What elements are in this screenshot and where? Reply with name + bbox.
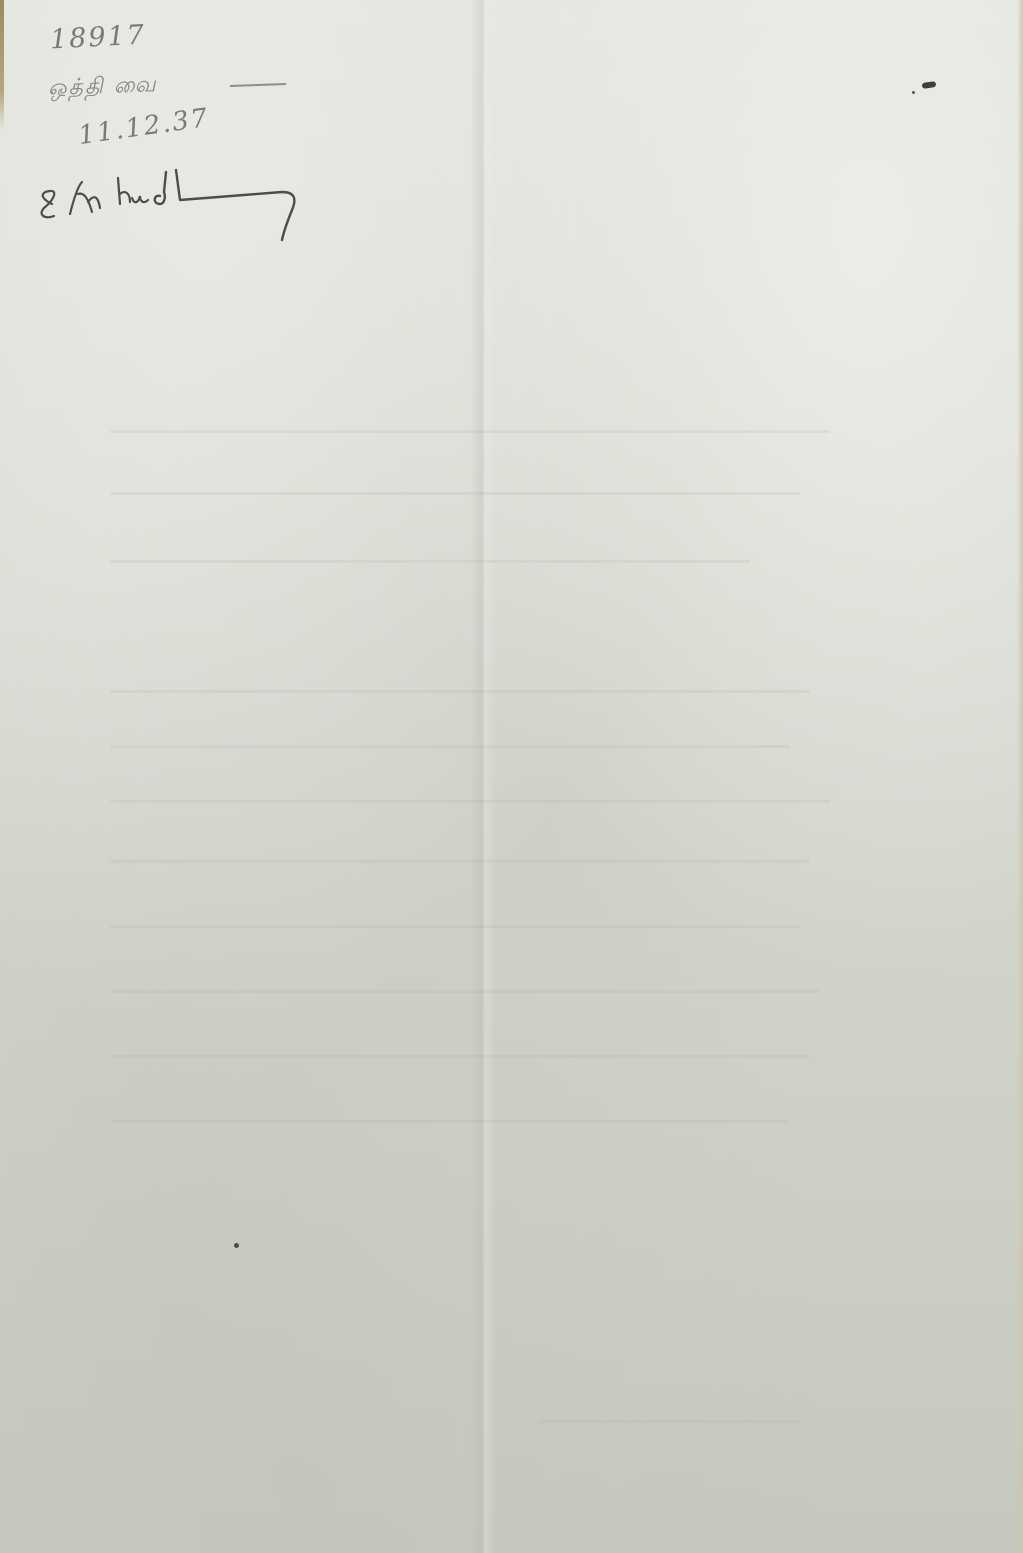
- reference-number: 18917: [49, 20, 146, 56]
- bleed-through-line: [110, 1120, 790, 1123]
- document-page: 18917 ஒத்தி வை 11.12.37: [0, 0, 1023, 1553]
- bleed-through-line: [110, 800, 830, 803]
- left-edge-binding: [0, 0, 4, 130]
- tamil-note: ஒத்தி வை: [48, 72, 159, 104]
- bleed-through-line: [540, 1420, 800, 1423]
- signature: [30, 164, 330, 254]
- annotation-date: 11.12.37: [77, 103, 212, 151]
- signature-stroke-icon: [30, 164, 330, 254]
- bleed-through-line: [110, 990, 820, 993]
- ink-speck: [234, 1243, 239, 1248]
- handwritten-annotations: 18917 ஒத்தி வை 11.12.37: [30, 14, 330, 254]
- bleed-through-line: [110, 860, 810, 863]
- bleed-through-line: [110, 690, 810, 693]
- ink-speck: [912, 91, 915, 94]
- bleed-through-line: [110, 925, 800, 928]
- bleed-through-line: [110, 745, 790, 748]
- bleed-through-line: [110, 560, 750, 563]
- vertical-fold-line: [470, 0, 496, 1553]
- right-edge: [1017, 0, 1023, 1553]
- tamil-note-underline: [230, 83, 286, 87]
- bleed-through-line: [110, 430, 830, 433]
- ink-mark: [922, 81, 937, 89]
- bleed-through-line: [110, 1055, 810, 1058]
- bleed-through-line: [110, 492, 800, 495]
